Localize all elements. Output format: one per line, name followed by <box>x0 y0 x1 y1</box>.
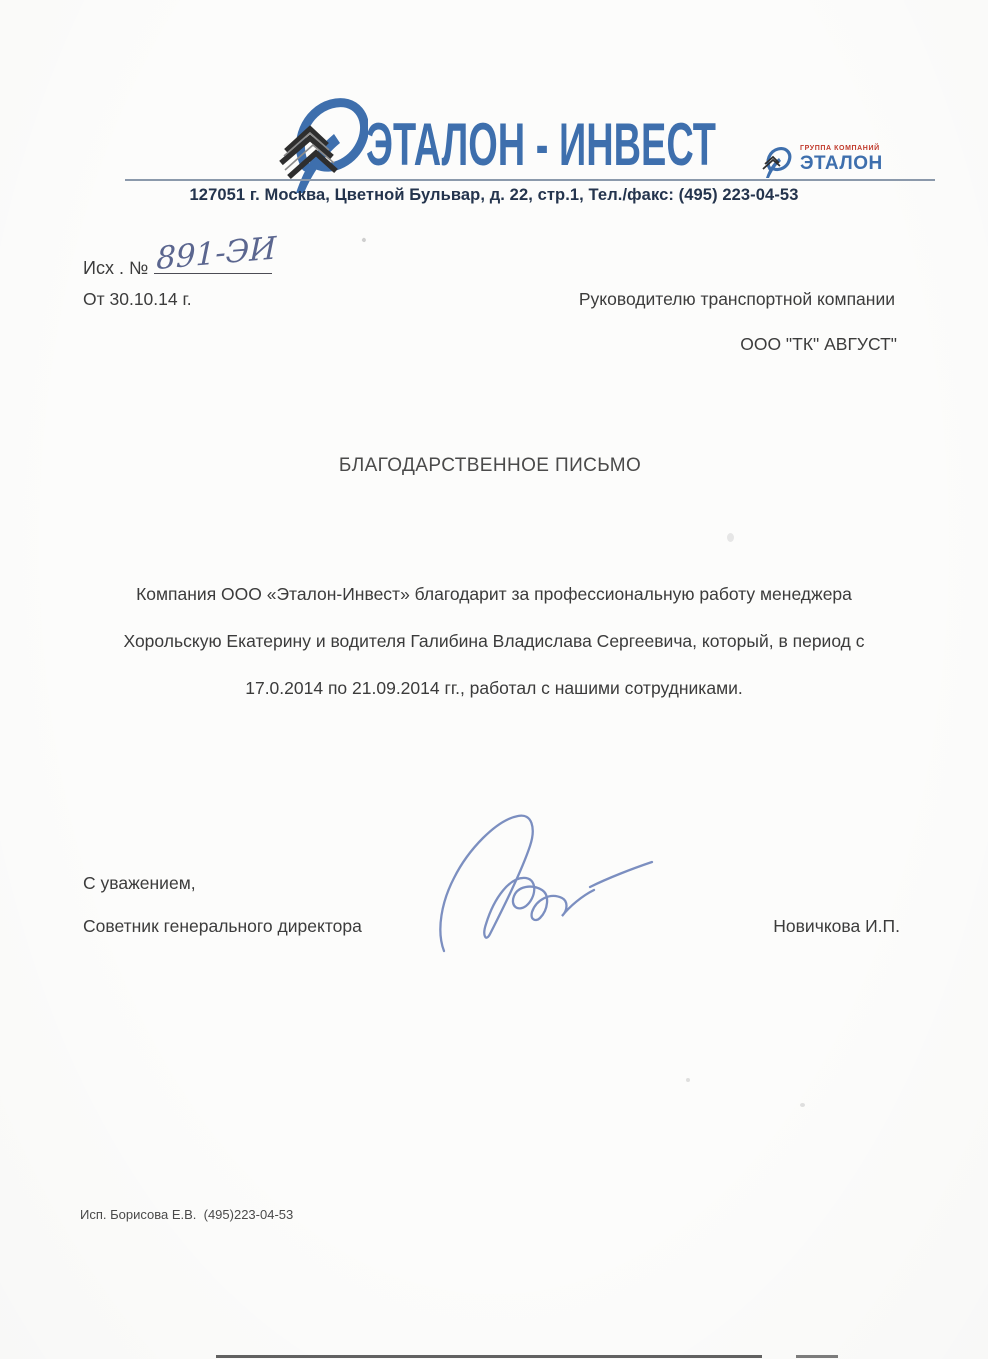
group-logo-bottom-label: ЭТАЛОН <box>800 154 883 173</box>
handwritten-signature <box>423 798 668 966</box>
scan-speck <box>800 1103 805 1107</box>
letterhead-divider <box>125 179 935 181</box>
scan-speck <box>727 533 734 542</box>
letterhead-address: 127051 г. Москва, Цветной Бульвар, д. 22… <box>0 186 988 205</box>
group-logo-top-label: ГРУППА КОМПАНИЙ <box>800 145 883 152</box>
closing-regards: С уважением, <box>83 873 196 894</box>
ref-number-underline: 891-ЭИ <box>154 247 272 274</box>
recipient-line-2: ООО "ТК" АВГУСТ" <box>740 334 897 355</box>
body-line: 17.0.2014 по 21.09.2014 гг., работал с н… <box>70 676 918 723</box>
body-line: Компания ООО «Эталон-Инвест» благодарит … <box>70 582 918 629</box>
scan-edge-line <box>796 1355 838 1358</box>
body-line: Хорольскую Екатерину и водителя Галибина… <box>70 629 918 676</box>
scan-speck <box>361 237 367 243</box>
scanned-letter-page: ЭТАЛОН - ИНВЕСТ ГРУППА КОМПАНИЙ ЭТАЛОН 1… <box>0 0 988 1359</box>
letter-title: БЛАГОДАРСТВЕННОЕ ПИСЬМО <box>0 455 980 477</box>
letter-date: От 30.10.14 г. <box>83 289 192 310</box>
ref-label: Исх . № <box>83 258 148 278</box>
scan-edge-line <box>216 1355 762 1358</box>
recipient-line-1: Руководителю транспортной компании <box>579 289 895 310</box>
handwritten-ref-number: 891-ЭИ <box>156 230 277 277</box>
signer-position: Советник генерального директора <box>83 916 362 937</box>
etalon-invest-wordmark: ЭТАЛОН - ИНВЕСТ <box>364 110 720 178</box>
wordmark-text: ЭТАЛОН - ИНВЕСТ <box>366 111 716 178</box>
group-logo-swoosh-icon <box>758 145 798 179</box>
scan-speck <box>686 1078 690 1082</box>
group-company-logo: ГРУППА КОМПАНИЙ ЭТАЛОН <box>758 136 948 182</box>
outgoing-ref-line: Исх . №891-ЭИ <box>83 247 272 279</box>
executor-footer: Исп. Борисова Е.В. (495)223-04-53 <box>80 1207 293 1222</box>
letter-body: Компания ООО «Эталон-Инвест» благодарит … <box>70 582 918 723</box>
signer-name: Новичкова И.П. <box>773 916 900 937</box>
